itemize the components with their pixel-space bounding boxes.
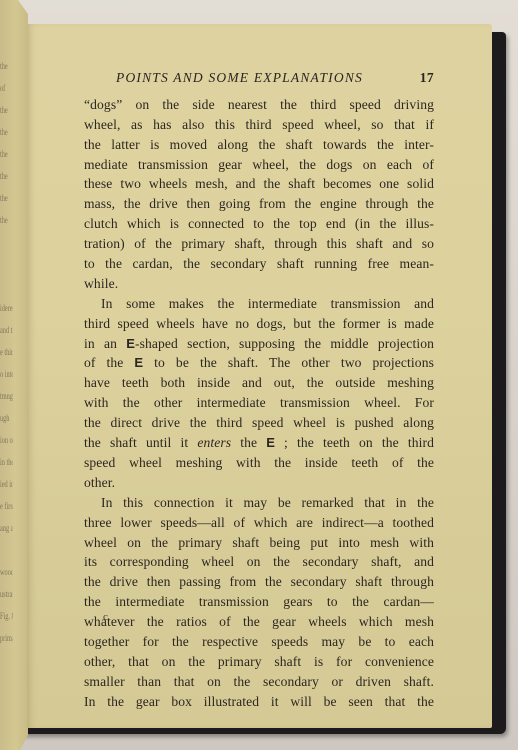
facing-fragment (0, 258, 13, 270)
text-line: while. (84, 274, 434, 294)
text-line: whatever the ratios of the gear wheels w… (84, 612, 434, 632)
text-line: three lower speeds—all of which are indi… (84, 513, 434, 533)
facing-fragment (0, 544, 13, 556)
signature-mark: c (103, 611, 108, 623)
facing-fragment: the (0, 192, 13, 204)
facing-fragment: the (0, 126, 13, 138)
facing-fragment: the (0, 170, 13, 182)
facing-fragment: the (0, 60, 13, 72)
text-line: the shaft until it enters the E ; the te… (84, 433, 434, 453)
facing-fragment: ied in (0, 478, 13, 490)
facing-fragment: the (0, 214, 13, 226)
facing-fragment: ustrated (0, 588, 13, 600)
text-line: third speed wheels have no dogs, but the… (84, 314, 434, 334)
facing-fragment: Fig. 8 (0, 610, 13, 622)
facing-fragment: the (0, 104, 13, 116)
text-run: the shaft until it (84, 435, 197, 450)
facing-fragment: ion of (0, 434, 13, 446)
facing-fragment: tmng (0, 390, 13, 402)
text-run: to be the shaft. The other two projectio… (143, 355, 434, 370)
facing-fragment: of (0, 82, 13, 94)
text-line: the latter is moved along the shaft towa… (84, 135, 434, 155)
text-run: -shaped section, supposing the middle pr… (135, 336, 434, 351)
facing-fragment: in the (0, 456, 13, 468)
paragraph-2: In some makes the intermediate transmiss… (84, 294, 434, 493)
text-run: the (231, 435, 266, 450)
text-line: mediate transmission gear wheel, the dog… (84, 155, 434, 175)
facing-page-text-fragments: the of the the the the the the idered, a… (0, 60, 18, 654)
text-line: in an E-shaped section, supposing the mi… (84, 334, 434, 354)
facing-fragment: e third (0, 346, 13, 358)
e-shape-letter: E (126, 336, 135, 351)
facing-page-edge: the of the the the the the the idered, a… (0, 0, 28, 750)
facing-fragment: ugh (0, 412, 13, 424)
text-run: ; the teeth on the third (275, 435, 434, 450)
paragraph-1: “dogs” on the side nearest the third spe… (84, 95, 434, 294)
italic-word: enters (197, 435, 231, 450)
text-line: wheel on the primary shaft being put int… (84, 533, 434, 553)
text-line: wheel, as has also this third speed whee… (84, 115, 434, 135)
facing-fragment: idered, (0, 302, 13, 314)
facing-fragment: the (0, 148, 13, 160)
e-shape-letter: E (266, 435, 275, 450)
text-line: these two wheels mesh, and the shaft bec… (84, 174, 434, 194)
facing-fragment: primary (0, 632, 13, 644)
facing-fragment: ang as (0, 522, 13, 534)
facing-fragment: wood of (0, 566, 13, 578)
text-line: the direct drive the third speed wheel i… (84, 413, 434, 433)
page-text-block: POINTS AND SOME EXPLANATIONS 17 “dogs” o… (84, 68, 434, 712)
text-line: together for the respective speeds may b… (84, 632, 434, 652)
text-run: in an (84, 336, 126, 351)
text-line: other. (84, 473, 434, 493)
facing-fragment (0, 280, 13, 292)
text-line: to the cardan, the secondary shaft runni… (84, 254, 434, 274)
facing-fragment: o inter- (0, 368, 13, 380)
text-line: have teeth both inside and out, the outs… (84, 373, 434, 393)
text-line: tration) of the primary shaft, through t… (84, 234, 434, 254)
text-line: “dogs” on the side nearest the third spe… (84, 95, 434, 115)
text-line: the intermediate transmission gears to t… (84, 592, 434, 612)
text-line: In the gear box illustrated it will be s… (84, 692, 434, 712)
text-line: speed wheel meshing with the inside teet… (84, 453, 434, 473)
running-head: POINTS AND SOME EXPLANATIONS 17 (84, 68, 434, 88)
text-line: clutch which is connected to the top end… (84, 214, 434, 234)
text-line: with the other intermediate transmission… (84, 393, 434, 413)
facing-fragment (0, 236, 13, 248)
facing-fragment: and the (0, 324, 13, 336)
text-line: the drive then passing from the secondar… (84, 572, 434, 592)
book-page: POINTS AND SOME EXPLANATIONS 17 “dogs” o… (27, 24, 492, 728)
text-line: In this connection it may be remarked th… (84, 493, 434, 513)
text-line: other, that on the primary shaft is for … (84, 652, 434, 672)
facing-fragment: e firstly (0, 500, 13, 512)
running-head-title: POINTS AND SOME EXPLANATIONS (116, 68, 363, 88)
text-line: smaller than that on the secondary or dr… (84, 672, 434, 692)
text-line: its corresponding wheel on the secondary… (84, 552, 434, 572)
text-line: mass, the drive then going from the engi… (84, 194, 434, 214)
e-shape-letter: E (134, 355, 143, 370)
text-line: of the E to be the shaft. The other two … (84, 353, 434, 373)
text-run: of the (84, 355, 134, 370)
page-number: 17 (420, 68, 434, 88)
text-line: In some makes the intermediate transmiss… (84, 294, 434, 314)
paragraph-3: In this connection it may be remarked th… (84, 493, 434, 712)
